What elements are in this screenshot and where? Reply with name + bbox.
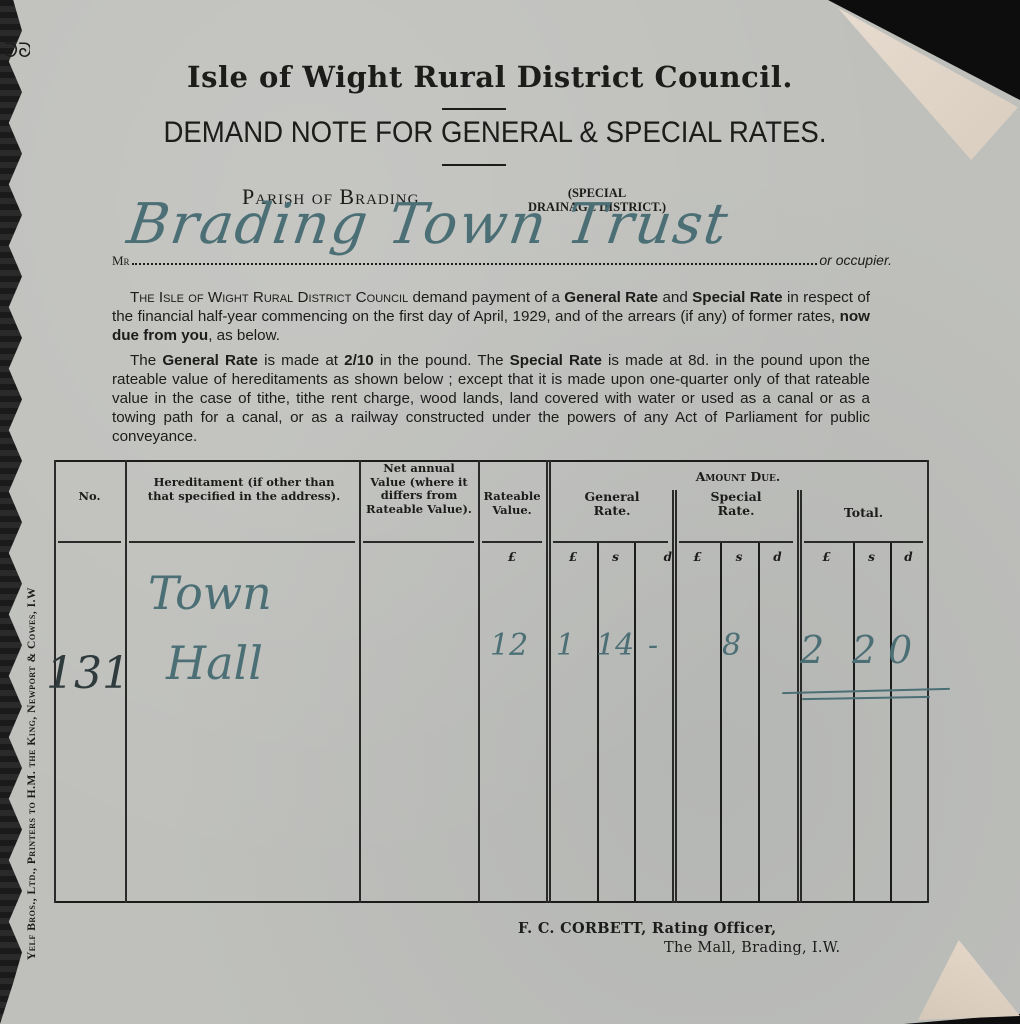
special-rate-bold: Special Rate (692, 289, 782, 306)
general-rate-bold: General Rate (564, 289, 658, 306)
header-rule (679, 541, 793, 543)
general-rate-pounds-handwritten: 1 (556, 628, 575, 663)
unit-shilling: s (853, 550, 890, 564)
header-total: Total. (800, 506, 927, 520)
unit-shilling: s (720, 550, 758, 564)
unit-pence: d (634, 550, 672, 564)
para-text: in the pound. The (374, 352, 510, 369)
col-line (890, 542, 892, 903)
col-line (927, 460, 929, 903)
heading-divider (442, 164, 506, 166)
total-pence-handwritten: 0 (888, 628, 912, 672)
header-rule (804, 541, 923, 543)
total-shillings-handwritten: 2 (852, 628, 876, 672)
header-amount-due: Amount Due. (549, 470, 927, 484)
document-heading: DEMAND NOTE FOR GENERAL & SPECIAL RATES. (40, 116, 951, 150)
dotted-fill-line (132, 262, 818, 265)
occupier-label: or occupier. (819, 252, 892, 268)
col-line (720, 542, 722, 903)
ratepayer-name-handwritten: Brading Town Trust (123, 192, 733, 257)
header-rule (363, 541, 474, 543)
header-no: No. (54, 490, 125, 504)
col-line (853, 542, 855, 903)
general-rate-pence-handwritten: - (648, 628, 658, 663)
para-text: and (658, 289, 692, 306)
para-text: , as below. (208, 327, 280, 344)
col-line (758, 542, 760, 903)
council-name-smallcaps: The Isle of Wight Rural District Council (130, 289, 408, 306)
general-rate-shillings-handwritten: 14 (596, 628, 634, 663)
para-text: demand payment of a (408, 289, 564, 306)
header-rule (129, 541, 355, 543)
header-net-annual-value: Net annual Value (where it differs from … (364, 462, 474, 516)
col-line (478, 460, 480, 903)
unit-pound: £ (675, 550, 720, 564)
total-pounds-handwritten: 2 (800, 628, 824, 672)
unit-pence: d (758, 550, 797, 564)
header-special-rate: Special Rate. (694, 490, 778, 517)
table-top-border (54, 460, 928, 462)
row-number-handwritten: 131 (46, 648, 130, 699)
header-rule (58, 541, 121, 543)
col-line (597, 542, 599, 903)
rating-officer: F. C. CORBETT, Rating Officer, (518, 920, 776, 937)
col-line (359, 460, 361, 903)
col-line (672, 490, 674, 903)
header-general-rate: General Rate. (569, 490, 655, 517)
demand-paragraph: The Isle of Wight Rural District Council… (112, 288, 870, 345)
hereditament-line2-handwritten: Hall (166, 636, 263, 690)
special-rate-shillings-handwritten: 8 (722, 628, 741, 663)
general-rate-amount: 2/10 (344, 352, 374, 369)
col-line (546, 460, 548, 903)
header-rateable-value: Rateable Value. (478, 490, 546, 517)
council-title: Isle of Wight Rural District Council. (0, 60, 980, 94)
header-rule (482, 541, 542, 543)
general-rate-bold: General Rate (162, 352, 258, 369)
unit-pence: d (890, 550, 927, 564)
col-line (634, 542, 636, 903)
unit-shilling: s (597, 550, 634, 564)
officer-address: The Mall, Brading, I.W. (664, 940, 840, 956)
hereditament-line1-handwritten: Town (148, 566, 272, 620)
title-divider (442, 108, 506, 110)
special-rate-bold: Special Rate (510, 352, 602, 369)
unit-pound: £ (478, 550, 546, 564)
unit-pound: £ (800, 550, 853, 564)
header-hereditament: Hereditament (if other than that specifi… (144, 476, 344, 503)
rateable-value-handwritten: 12 (490, 628, 528, 663)
para-text: The (130, 352, 162, 369)
col-line (549, 460, 551, 903)
unit-pound: £ (549, 550, 597, 564)
col-line (797, 490, 799, 903)
header-rule (553, 541, 668, 543)
rates-paragraph: The General Rate is made at 2/10 in the … (112, 351, 870, 446)
printer-imprint: Yelf Bros., Ltd., Printers to H.M. the K… (26, 240, 38, 960)
para-text: is made at (258, 352, 344, 369)
